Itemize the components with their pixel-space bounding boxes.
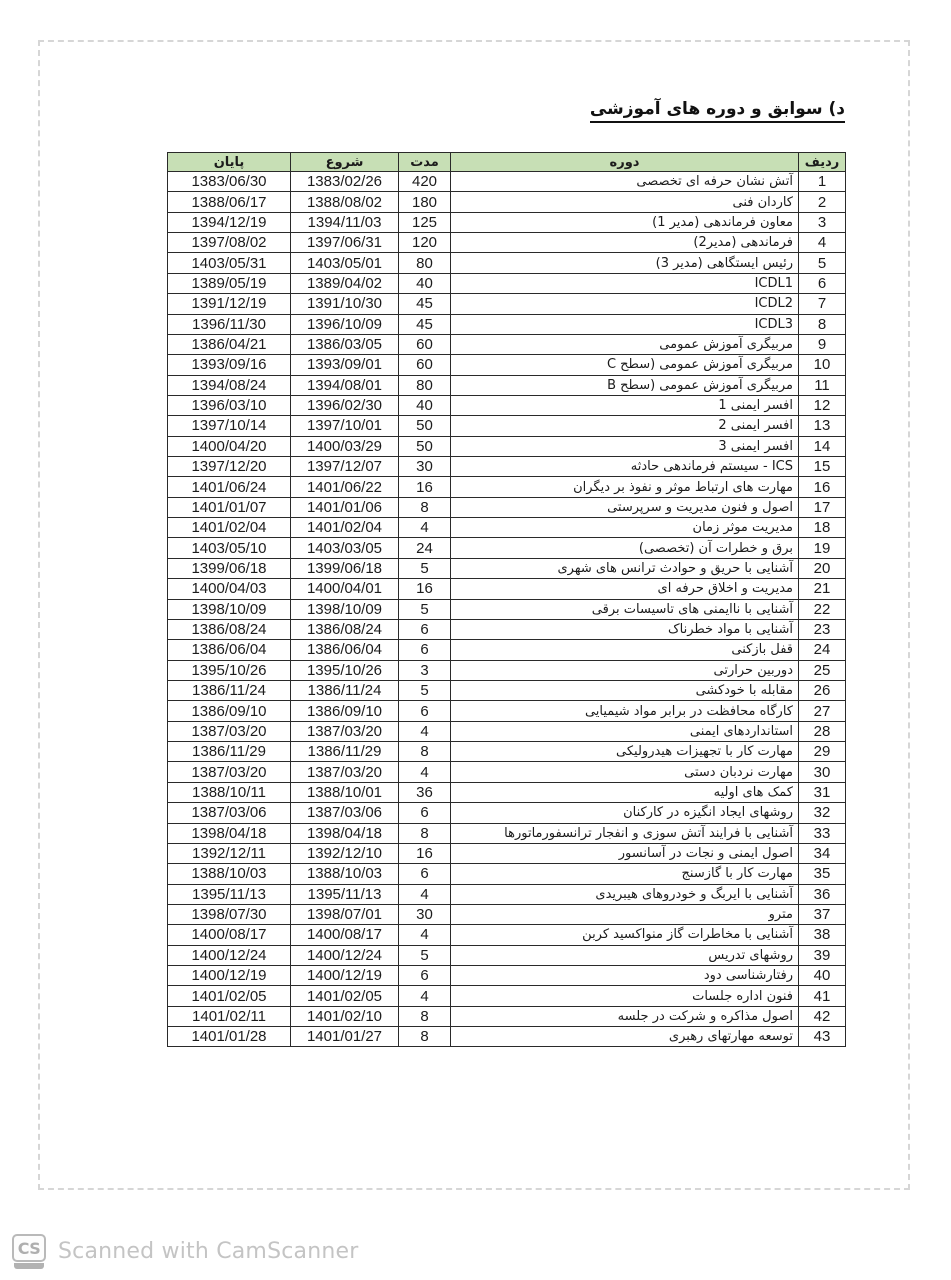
cell-start-date: 1386/08/24 bbox=[291, 619, 399, 639]
cell-end-date: 1386/04/21 bbox=[168, 334, 291, 354]
cell-end-date: 1401/01/28 bbox=[168, 1027, 291, 1047]
cell-end-date: 1400/04/03 bbox=[168, 579, 291, 599]
cell-course: ICDL3 bbox=[451, 314, 799, 334]
cell-start-date: 1386/11/24 bbox=[291, 680, 399, 700]
cell-end-date: 1403/05/31 bbox=[168, 253, 291, 273]
cell-course: استانداردهای ایمنی bbox=[451, 721, 799, 741]
cell-duration: 8 bbox=[399, 823, 451, 843]
cell-row-number: 40 bbox=[799, 966, 846, 986]
cell-end-date: 1393/09/16 bbox=[168, 355, 291, 375]
table-row: 19برق و خطرات آن (تخصصی)241403/03/051403… bbox=[168, 538, 846, 558]
cell-end-date: 1395/11/13 bbox=[168, 884, 291, 904]
cell-start-date: 1403/03/05 bbox=[291, 538, 399, 558]
cell-course: مدیریت موثر زمان bbox=[451, 518, 799, 538]
cell-duration: 45 bbox=[399, 294, 451, 314]
cell-end-date: 1391/12/19 bbox=[168, 294, 291, 314]
cell-end-date: 1386/06/04 bbox=[168, 640, 291, 660]
cell-end-date: 1400/12/24 bbox=[168, 945, 291, 965]
cell-end-date: 1388/06/17 bbox=[168, 192, 291, 212]
cell-end-date: 1397/12/20 bbox=[168, 457, 291, 477]
cell-duration: 5 bbox=[399, 945, 451, 965]
cell-row-number: 20 bbox=[799, 558, 846, 578]
table-row: 27کارگاه محافظت در برابر مواد شیمیایی613… bbox=[168, 701, 846, 721]
cell-row-number: 29 bbox=[799, 742, 846, 762]
cell-course: مهارت نردبان دستی bbox=[451, 762, 799, 782]
cell-row-number: 43 bbox=[799, 1027, 846, 1047]
cell-course: افسر ایمنی 2 bbox=[451, 416, 799, 436]
cell-course: مربیگری آموزش عمومی (سطح C bbox=[451, 355, 799, 375]
cell-end-date: 1400/12/19 bbox=[168, 966, 291, 986]
cell-course: دوربین حرارتی bbox=[451, 660, 799, 680]
cell-course: آشنایی با مواد خطرناک bbox=[451, 619, 799, 639]
cell-duration: 30 bbox=[399, 457, 451, 477]
cell-duration: 8 bbox=[399, 1027, 451, 1047]
cell-row-number: 39 bbox=[799, 945, 846, 965]
cell-row-number: 13 bbox=[799, 416, 846, 436]
cell-start-date: 1400/04/01 bbox=[291, 579, 399, 599]
cell-end-date: 1398/07/30 bbox=[168, 904, 291, 924]
cell-duration: 6 bbox=[399, 864, 451, 884]
cell-start-date: 1383/02/26 bbox=[291, 172, 399, 192]
cell-course: فرماندهی (مدیر2) bbox=[451, 233, 799, 253]
cell-row-number: 19 bbox=[799, 538, 846, 558]
table-row: 42اصول مذاکره و شرکت در جلسه81401/02/101… bbox=[168, 1006, 846, 1026]
camscanner-logo-box: CS bbox=[12, 1234, 46, 1262]
cell-end-date: 1396/11/30 bbox=[168, 314, 291, 334]
table-row: 4فرماندهی (مدیر2)1201397/06/311397/08/02 bbox=[168, 233, 846, 253]
cell-start-date: 1391/10/30 bbox=[291, 294, 399, 314]
cell-end-date: 1401/06/24 bbox=[168, 477, 291, 497]
cell-row-number: 1 bbox=[799, 172, 846, 192]
cell-duration: 4 bbox=[399, 762, 451, 782]
cell-course: افسر ایمنی 3 bbox=[451, 436, 799, 456]
cell-start-date: 1403/05/01 bbox=[291, 253, 399, 273]
cell-end-date: 1400/08/17 bbox=[168, 925, 291, 945]
cell-duration: 8 bbox=[399, 1006, 451, 1026]
cell-row-number: 12 bbox=[799, 395, 846, 415]
cell-duration: 80 bbox=[399, 375, 451, 395]
cell-row-number: 30 bbox=[799, 762, 846, 782]
cell-start-date: 1397/06/31 bbox=[291, 233, 399, 253]
cell-duration: 16 bbox=[399, 843, 451, 863]
cell-row-number: 31 bbox=[799, 782, 846, 802]
cell-duration: 4 bbox=[399, 884, 451, 904]
cell-end-date: 1403/05/10 bbox=[168, 538, 291, 558]
cell-start-date: 1400/12/19 bbox=[291, 966, 399, 986]
cell-duration: 5 bbox=[399, 599, 451, 619]
cell-course: معاون فرماندهی (مدیر 1) bbox=[451, 212, 799, 232]
header-duration: مدت bbox=[399, 153, 451, 172]
cell-row-number: 8 bbox=[799, 314, 846, 334]
table-row: 2کاردان فنی1801388/08/021388/06/17 bbox=[168, 192, 846, 212]
cell-row-number: 33 bbox=[799, 823, 846, 843]
table-row: 23آشنایی با مواد خطرناک61386/08/241386/0… bbox=[168, 619, 846, 639]
table-row: 34اصول ایمنی و نجات در آسانسور161392/12/… bbox=[168, 843, 846, 863]
camscanner-logo-base bbox=[14, 1263, 44, 1269]
header-row-number: ردیف bbox=[799, 153, 846, 172]
cell-course: کارگاه محافظت در برابر مواد شیمیایی bbox=[451, 701, 799, 721]
table-row: 11مربیگری آموزش عمومی (سطح B801394/08/01… bbox=[168, 375, 846, 395]
cell-course: ICS - سیستم فرماندهی حادثه bbox=[451, 457, 799, 477]
cell-start-date: 1394/08/01 bbox=[291, 375, 399, 395]
cell-duration: 36 bbox=[399, 782, 451, 802]
cell-row-number: 36 bbox=[799, 884, 846, 904]
cell-row-number: 14 bbox=[799, 436, 846, 456]
cell-duration: 16 bbox=[399, 579, 451, 599]
cell-course: آتش نشان حرفه ای تخصصی bbox=[451, 172, 799, 192]
cell-duration: 50 bbox=[399, 436, 451, 456]
cell-duration: 6 bbox=[399, 966, 451, 986]
table-row: 22آشنایی با ناایمنی های تاسیسات برقی5139… bbox=[168, 599, 846, 619]
cell-course: آشنایی با مخاطرات گاز منواکسید کربن bbox=[451, 925, 799, 945]
camscanner-watermark: CS Scanned with CamScanner bbox=[12, 1234, 358, 1269]
cell-course: ICDL2 bbox=[451, 294, 799, 314]
table-row: 29مهارت کار با تجهیزات هیدرولیکی81386/11… bbox=[168, 742, 846, 762]
cell-end-date: 1398/10/09 bbox=[168, 599, 291, 619]
cell-course: افسر ایمنی 1 bbox=[451, 395, 799, 415]
cell-duration: 4 bbox=[399, 986, 451, 1006]
cell-end-date: 1397/08/02 bbox=[168, 233, 291, 253]
table-row: 10مربیگری آموزش عمومی (سطح C601393/09/01… bbox=[168, 355, 846, 375]
cell-end-date: 1394/12/19 bbox=[168, 212, 291, 232]
cell-row-number: 7 bbox=[799, 294, 846, 314]
cell-course: مقابله با خودکشی bbox=[451, 680, 799, 700]
cell-course: رفتارشناسی دود bbox=[451, 966, 799, 986]
cell-row-number: 16 bbox=[799, 477, 846, 497]
table-row: 43توسعه مهارتهای رهبری81401/01/271401/01… bbox=[168, 1027, 846, 1047]
cell-row-number: 5 bbox=[799, 253, 846, 273]
cell-start-date: 1387/03/20 bbox=[291, 762, 399, 782]
cell-duration: 6 bbox=[399, 803, 451, 823]
cell-row-number: 9 bbox=[799, 334, 846, 354]
table-row: 6ICDL1401389/04/021389/05/19 bbox=[168, 273, 846, 293]
table-row: 5رئیس ایستگاهی (مدیر 3)801403/05/011403/… bbox=[168, 253, 846, 273]
table-row: 15ICS - سیستم فرماندهی حادثه301397/12/07… bbox=[168, 457, 846, 477]
table-row: 7ICDL2451391/10/301391/12/19 bbox=[168, 294, 846, 314]
cell-course: مدیریت و اخلاق حرفه ای bbox=[451, 579, 799, 599]
cell-start-date: 1399/06/18 bbox=[291, 558, 399, 578]
cell-course: فنون اداره جلسات bbox=[451, 986, 799, 1006]
cell-end-date: 1388/10/11 bbox=[168, 782, 291, 802]
cell-end-date: 1388/10/03 bbox=[168, 864, 291, 884]
cell-duration: 3 bbox=[399, 660, 451, 680]
table-row: 40رفتارشناسی دود61400/12/191400/12/19 bbox=[168, 966, 846, 986]
cell-end-date: 1387/03/20 bbox=[168, 721, 291, 741]
table-row: 13افسر ایمنی 2501397/10/011397/10/14 bbox=[168, 416, 846, 436]
cell-end-date: 1386/08/24 bbox=[168, 619, 291, 639]
watermark-text: Scanned with CamScanner bbox=[58, 1239, 358, 1264]
cell-end-date: 1387/03/20 bbox=[168, 762, 291, 782]
cell-start-date: 1401/01/27 bbox=[291, 1027, 399, 1047]
cell-row-number: 37 bbox=[799, 904, 846, 924]
cell-start-date: 1386/11/29 bbox=[291, 742, 399, 762]
cell-end-date: 1401/02/04 bbox=[168, 518, 291, 538]
cell-duration: 8 bbox=[399, 742, 451, 762]
cell-course: رئیس ایستگاهی (مدیر 3) bbox=[451, 253, 799, 273]
cell-duration: 24 bbox=[399, 538, 451, 558]
cell-start-date: 1401/06/22 bbox=[291, 477, 399, 497]
table-row: 14افسر ایمنی 3501400/03/291400/04/20 bbox=[168, 436, 846, 456]
cell-course: روشهای ایجاد انگیزه در کارکنان bbox=[451, 803, 799, 823]
cell-duration: 50 bbox=[399, 416, 451, 436]
table-row: 39روشهای تدریس51400/12/241400/12/24 bbox=[168, 945, 846, 965]
cell-duration: 125 bbox=[399, 212, 451, 232]
cell-row-number: 25 bbox=[799, 660, 846, 680]
table-row: 16مهارت های ارتباط موثر و نفوذ بر دیگران… bbox=[168, 477, 846, 497]
cell-end-date: 1387/03/06 bbox=[168, 803, 291, 823]
cell-course: آشنایی با ایربگ و خودروهای هیبریدی bbox=[451, 884, 799, 904]
cell-duration: 5 bbox=[399, 680, 451, 700]
table-row: 9مربیگری آموزش عمومی601386/03/051386/04/… bbox=[168, 334, 846, 354]
cell-start-date: 1401/01/06 bbox=[291, 497, 399, 517]
cell-start-date: 1395/11/13 bbox=[291, 884, 399, 904]
table-row: 31کمک های اولیه361388/10/011388/10/11 bbox=[168, 782, 846, 802]
cell-start-date: 1398/04/18 bbox=[291, 823, 399, 843]
table-row: 36آشنایی با ایربگ و خودروهای هیبریدی4139… bbox=[168, 884, 846, 904]
cell-start-date: 1400/08/17 bbox=[291, 925, 399, 945]
cell-row-number: 23 bbox=[799, 619, 846, 639]
cell-start-date: 1387/03/06 bbox=[291, 803, 399, 823]
table-row: 26مقابله با خودکشی51386/11/241386/11/24 bbox=[168, 680, 846, 700]
cell-duration: 4 bbox=[399, 518, 451, 538]
cell-end-date: 1395/10/26 bbox=[168, 660, 291, 680]
table-header-row: ردیف دوره مدت شروع پایان bbox=[168, 153, 846, 172]
cell-end-date: 1383/06/30 bbox=[168, 172, 291, 192]
cell-row-number: 21 bbox=[799, 579, 846, 599]
cell-duration: 30 bbox=[399, 904, 451, 924]
cell-start-date: 1386/03/05 bbox=[291, 334, 399, 354]
cell-row-number: 28 bbox=[799, 721, 846, 741]
cell-start-date: 1398/10/09 bbox=[291, 599, 399, 619]
training-courses-table: ردیف دوره مدت شروع پایان 1آتش نشان حرفه … bbox=[167, 152, 846, 1047]
cell-duration: 6 bbox=[399, 619, 451, 639]
cell-start-date: 1386/09/10 bbox=[291, 701, 399, 721]
table-row: 3معاون فرماندهی (مدیر 1)1251394/11/03139… bbox=[168, 212, 846, 232]
cell-start-date: 1400/12/24 bbox=[291, 945, 399, 965]
cell-duration: 60 bbox=[399, 334, 451, 354]
cell-end-date: 1386/09/10 bbox=[168, 701, 291, 721]
table-row: 8ICDL3451396/10/091396/11/30 bbox=[168, 314, 846, 334]
cell-end-date: 1401/02/05 bbox=[168, 986, 291, 1006]
cell-start-date: 1394/11/03 bbox=[291, 212, 399, 232]
cell-duration: 180 bbox=[399, 192, 451, 212]
table-row: 33آشنایی با فرایند آتش سوزی و انفجار ترا… bbox=[168, 823, 846, 843]
table-row: 17اصول و فنون مدیریت و سرپرستی81401/01/0… bbox=[168, 497, 846, 517]
cell-course: آشنایی با فرایند آتش سوزی و انفجار ترانس… bbox=[451, 823, 799, 843]
cell-row-number: 3 bbox=[799, 212, 846, 232]
cell-course: مهارت های ارتباط موثر و نفوذ بر دیگران bbox=[451, 477, 799, 497]
cell-duration: 6 bbox=[399, 640, 451, 660]
cell-row-number: 4 bbox=[799, 233, 846, 253]
cell-end-date: 1392/12/11 bbox=[168, 843, 291, 863]
cell-start-date: 1400/03/29 bbox=[291, 436, 399, 456]
cell-duration: 45 bbox=[399, 314, 451, 334]
cell-course: ICDL1 bbox=[451, 273, 799, 293]
cell-end-date: 1398/04/18 bbox=[168, 823, 291, 843]
cell-course: آشنایی با حریق و حوادث ترانس های شهری bbox=[451, 558, 799, 578]
cell-start-date: 1392/12/10 bbox=[291, 843, 399, 863]
cell-start-date: 1388/10/01 bbox=[291, 782, 399, 802]
cell-course: توسعه مهارتهای رهبری bbox=[451, 1027, 799, 1047]
table-row: 18مدیریت موثر زمان41401/02/041401/02/04 bbox=[168, 518, 846, 538]
cell-row-number: 17 bbox=[799, 497, 846, 517]
cell-start-date: 1388/08/02 bbox=[291, 192, 399, 212]
cell-row-number: 42 bbox=[799, 1006, 846, 1026]
table-row: 20آشنایی با حریق و حوادث ترانس های شهری5… bbox=[168, 558, 846, 578]
cell-row-number: 11 bbox=[799, 375, 846, 395]
table-row: 38آشنایی با مخاطرات گاز منواکسید کربن414… bbox=[168, 925, 846, 945]
cell-row-number: 27 bbox=[799, 701, 846, 721]
cell-duration: 40 bbox=[399, 273, 451, 293]
cell-duration: 6 bbox=[399, 701, 451, 721]
cell-row-number: 24 bbox=[799, 640, 846, 660]
table-row: 25دوربین حرارتی31395/10/261395/10/26 bbox=[168, 660, 846, 680]
table-row: 1آتش نشان حرفه ای تخصصی4201383/02/261383… bbox=[168, 172, 846, 192]
cell-row-number: 10 bbox=[799, 355, 846, 375]
cell-end-date: 1386/11/24 bbox=[168, 680, 291, 700]
cell-start-date: 1401/02/05 bbox=[291, 986, 399, 1006]
cell-course: کمک های اولیه bbox=[451, 782, 799, 802]
cell-duration: 120 bbox=[399, 233, 451, 253]
table-row: 12افسر ایمنی 1401396/02/301396/03/10 bbox=[168, 395, 846, 415]
cell-course: مهارت کار با گازسنج bbox=[451, 864, 799, 884]
cell-row-number: 34 bbox=[799, 843, 846, 863]
cell-row-number: 38 bbox=[799, 925, 846, 945]
cell-duration: 80 bbox=[399, 253, 451, 273]
cell-start-date: 1397/10/01 bbox=[291, 416, 399, 436]
cell-end-date: 1401/02/11 bbox=[168, 1006, 291, 1026]
cell-duration: 420 bbox=[399, 172, 451, 192]
cell-end-date: 1389/05/19 bbox=[168, 273, 291, 293]
camscanner-logo-icon: CS bbox=[12, 1234, 46, 1269]
cell-start-date: 1387/03/20 bbox=[291, 721, 399, 741]
table-row: 37مترو301398/07/011398/07/30 bbox=[168, 904, 846, 924]
cell-course: کاردان فنی bbox=[451, 192, 799, 212]
cell-start-date: 1393/09/01 bbox=[291, 355, 399, 375]
table-row: 28استانداردهای ایمنی41387/03/201387/03/2… bbox=[168, 721, 846, 741]
cell-start-date: 1401/02/04 bbox=[291, 518, 399, 538]
cell-row-number: 6 bbox=[799, 273, 846, 293]
table-row: 30مهارت نردبان دستی41387/03/201387/03/20 bbox=[168, 762, 846, 782]
cell-duration: 40 bbox=[399, 395, 451, 415]
cell-end-date: 1397/10/14 bbox=[168, 416, 291, 436]
header-course: دوره bbox=[451, 153, 799, 172]
cell-row-number: 2 bbox=[799, 192, 846, 212]
cell-duration: 16 bbox=[399, 477, 451, 497]
table-row: 32روشهای ایجاد انگیزه در کارکنان61387/03… bbox=[168, 803, 846, 823]
header-end-date: پایان bbox=[168, 153, 291, 172]
cell-duration: 8 bbox=[399, 497, 451, 517]
cell-course: مربیگری آموزش عمومی (سطح B bbox=[451, 375, 799, 395]
cell-row-number: 26 bbox=[799, 680, 846, 700]
cell-start-date: 1388/10/03 bbox=[291, 864, 399, 884]
cell-course: مهارت کار با تجهیزات هیدرولیکی bbox=[451, 742, 799, 762]
table-row: 41فنون اداره جلسات41401/02/051401/02/05 bbox=[168, 986, 846, 1006]
cell-end-date: 1394/08/24 bbox=[168, 375, 291, 395]
cell-start-date: 1389/04/02 bbox=[291, 273, 399, 293]
cell-row-number: 22 bbox=[799, 599, 846, 619]
cell-end-date: 1396/03/10 bbox=[168, 395, 291, 415]
cell-start-date: 1401/02/10 bbox=[291, 1006, 399, 1026]
cell-course: آشنایی با ناایمنی های تاسیسات برقی bbox=[451, 599, 799, 619]
header-start-date: شروع bbox=[291, 153, 399, 172]
cell-row-number: 35 bbox=[799, 864, 846, 884]
cell-row-number: 41 bbox=[799, 986, 846, 1006]
cell-start-date: 1396/10/09 bbox=[291, 314, 399, 334]
cell-start-date: 1386/06/04 bbox=[291, 640, 399, 660]
cell-row-number: 15 bbox=[799, 457, 846, 477]
cell-course: قفل بازکنی bbox=[451, 640, 799, 660]
cell-duration: 4 bbox=[399, 721, 451, 741]
cell-end-date: 1400/04/20 bbox=[168, 436, 291, 456]
cell-start-date: 1396/02/30 bbox=[291, 395, 399, 415]
cell-end-date: 1386/11/29 bbox=[168, 742, 291, 762]
cell-course: روشهای تدریس bbox=[451, 945, 799, 965]
cell-course: اصول و فنون مدیریت و سرپرستی bbox=[451, 497, 799, 517]
cell-start-date: 1397/12/07 bbox=[291, 457, 399, 477]
page-title: د) سوابق و دوره های آموزشی bbox=[590, 99, 845, 123]
cell-course: مربیگری آموزش عمومی bbox=[451, 334, 799, 354]
table-row: 24قفل بازکنی61386/06/041386/06/04 bbox=[168, 640, 846, 660]
table-row: 21مدیریت و اخلاق حرفه ای161400/04/011400… bbox=[168, 579, 846, 599]
cell-duration: 4 bbox=[399, 925, 451, 945]
cell-duration: 60 bbox=[399, 355, 451, 375]
cell-row-number: 18 bbox=[799, 518, 846, 538]
cell-course: مترو bbox=[451, 904, 799, 924]
cell-course: برق و خطرات آن (تخصصی) bbox=[451, 538, 799, 558]
cell-start-date: 1398/07/01 bbox=[291, 904, 399, 924]
cell-course: اصول مذاکره و شرکت در جلسه bbox=[451, 1006, 799, 1026]
cell-end-date: 1399/06/18 bbox=[168, 558, 291, 578]
cell-end-date: 1401/01/07 bbox=[168, 497, 291, 517]
table-body: 1آتش نشان حرفه ای تخصصی4201383/02/261383… bbox=[168, 172, 846, 1047]
table-row: 35مهارت کار با گازسنج61388/10/031388/10/… bbox=[168, 864, 846, 884]
cell-duration: 5 bbox=[399, 558, 451, 578]
cell-course: اصول ایمنی و نجات در آسانسور bbox=[451, 843, 799, 863]
cell-row-number: 32 bbox=[799, 803, 846, 823]
cell-start-date: 1395/10/26 bbox=[291, 660, 399, 680]
